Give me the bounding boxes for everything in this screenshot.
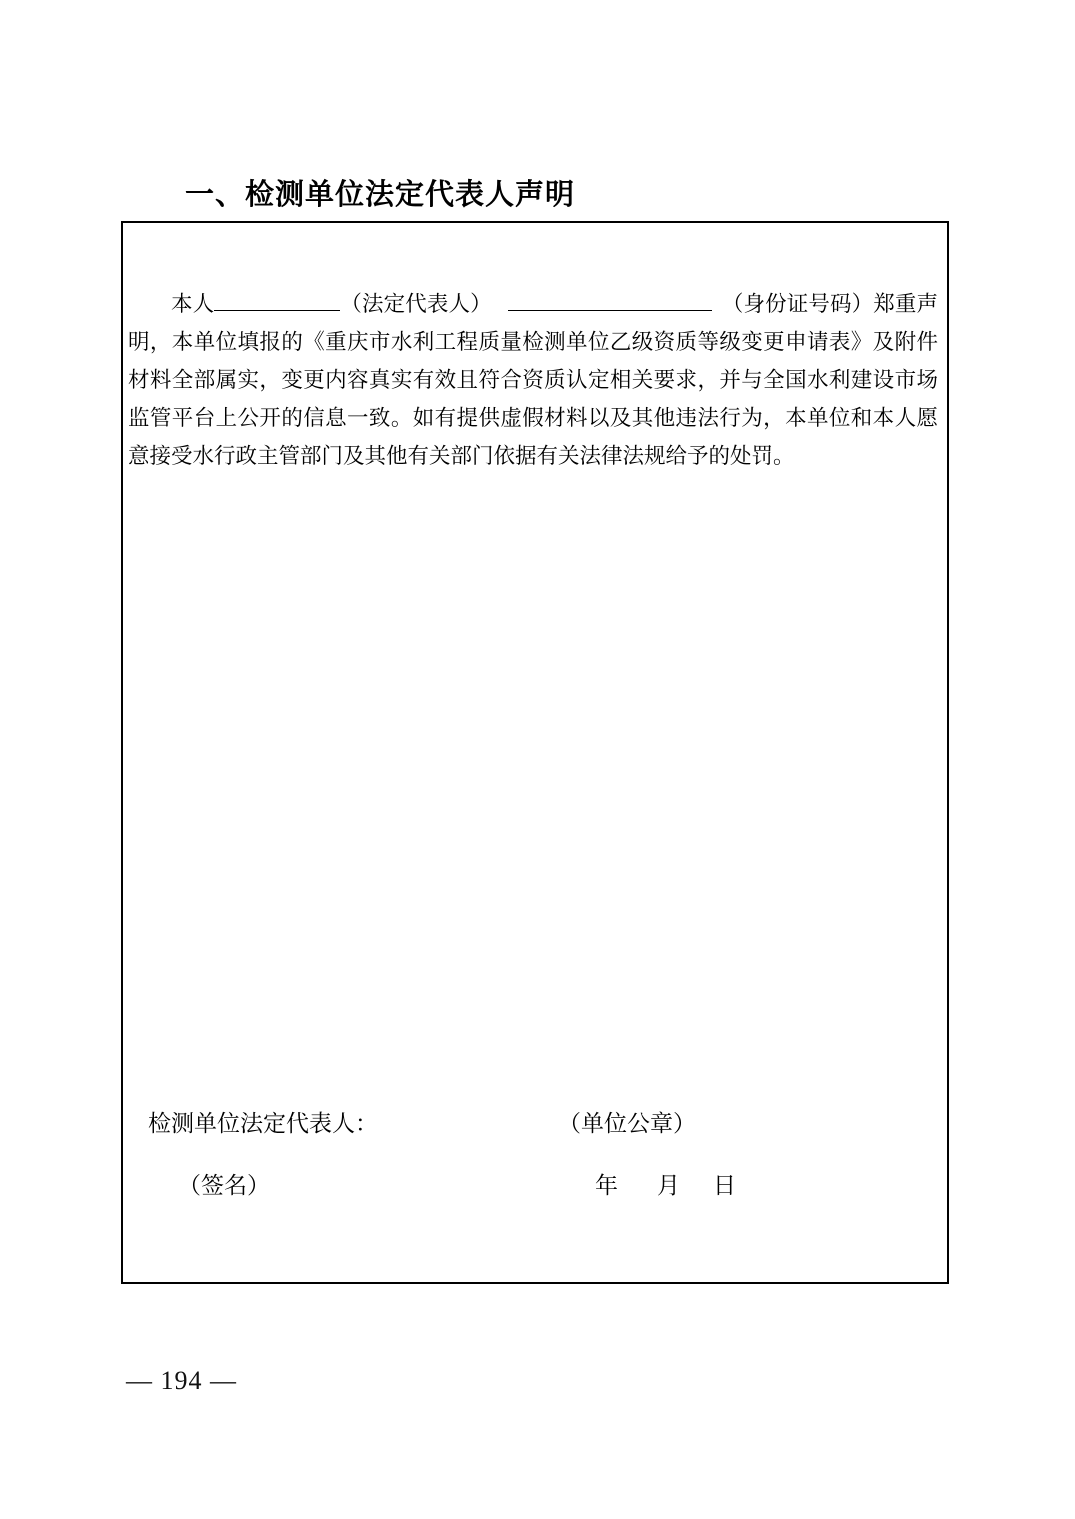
declaration-paragraph: 本人（法定代表人）（身份证号码）郑重声 明，本单位填报的《重庆市水利工程质量检测… bbox=[128, 285, 938, 475]
id-number-label-text: （身份证号码）郑重声 bbox=[722, 292, 938, 316]
declaration-line-3: 材料全部属实，变更内容真实有效且符合资质认定相关要求，并与全国水利建设市场 bbox=[128, 361, 938, 399]
sign-name-label: （签名） bbox=[178, 1168, 270, 1204]
section-heading: 一、检测单位法定代表人声明 bbox=[185, 178, 575, 212]
date-month-label: 月 bbox=[657, 1168, 680, 1204]
unit-seal-label: （单位公章） bbox=[558, 1106, 696, 1142]
declaration-line-2: 明，本单位填报的《重庆市水利工程质量检测单位乙级资质等级变更申请表》及附件 bbox=[128, 323, 938, 361]
legal-representative-signature-label: 检测单位法定代表人： bbox=[148, 1106, 378, 1142]
page-number: — 194 — bbox=[126, 1364, 237, 1398]
legal-rep-name-blank bbox=[214, 289, 340, 312]
declaration-line-5: 意接受水行政主管部门及其他有关部门依据有关法律法规给予的处罚。 bbox=[128, 437, 938, 475]
declaration-line-4: 监管平台上公开的信息一致。如有提供虚假材料以及其他违法行为，本单位和本人愿 bbox=[128, 399, 938, 437]
document-page: 一、检测单位法定代表人声明 本人（法定代表人）（身份证号码）郑重声 明，本单位填… bbox=[0, 0, 1075, 1519]
legal-rep-label: （法定代表人） bbox=[340, 292, 491, 316]
id-number-blank bbox=[508, 289, 712, 312]
date-year-label: 年 bbox=[595, 1168, 618, 1204]
declaration-line-1: 本人（法定代表人）（身份证号码）郑重声 bbox=[128, 285, 938, 323]
declaration-opening-text: 本人 bbox=[171, 292, 214, 316]
declaration-box: 本人（法定代表人）（身份证号码）郑重声 明，本单位填报的《重庆市水利工程质量检测… bbox=[121, 221, 949, 1284]
date-day-label: 日 bbox=[713, 1168, 736, 1204]
